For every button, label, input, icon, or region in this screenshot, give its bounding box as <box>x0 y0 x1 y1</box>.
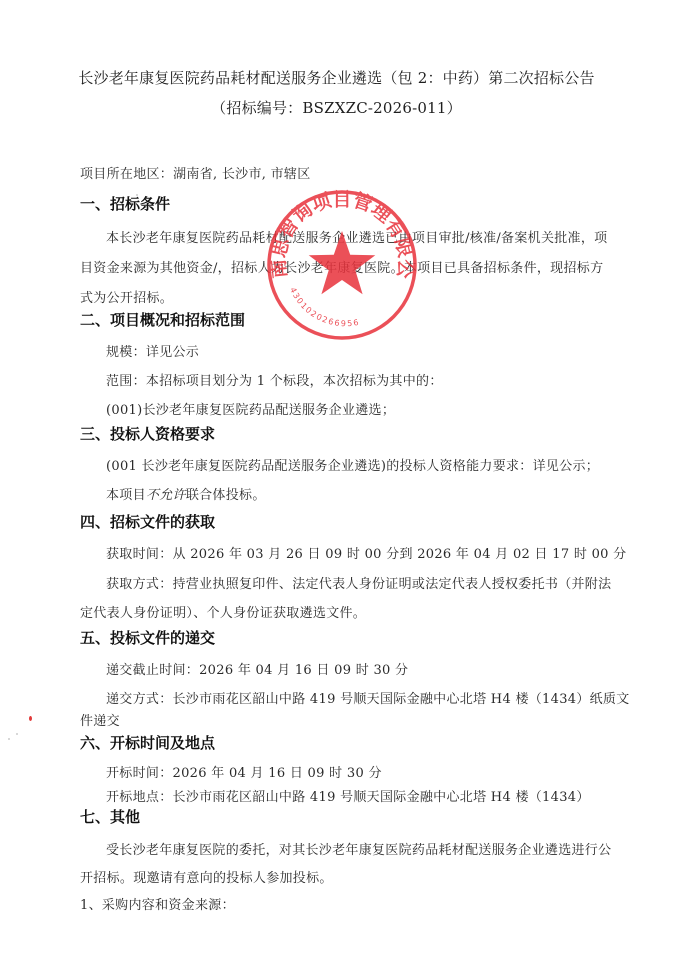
scan-mark <box>16 733 18 735</box>
paragraph-line: 定代表人身份证明）、个人身份证获取遴选文件。 <box>80 602 366 621</box>
paragraph-line: 开标时间：2026 年 04 月 16 日 09 时 30 分 <box>106 762 382 781</box>
tender-number: （招标编号：BSZXZC-2026-011） <box>0 97 673 118</box>
paragraph-line: 开标地点：长沙市雨花区韶山中路 419 号顺天国际金融中心北塔 H4 楼（143… <box>106 786 590 805</box>
scan-mark <box>8 738 10 740</box>
paragraph-line: 件递交 <box>80 710 120 729</box>
text-run: 本项目 <box>106 488 146 503</box>
section-heading-other: 七、其他 <box>80 806 140 827</box>
paragraph-line: 本长沙老年康复医院药品耗材配送服务企业遴选已由项目审批/核准/备案机关批准，项 <box>106 227 607 246</box>
section-heading-obtain-documents: 四、招标文件的获取 <box>80 511 215 532</box>
svg-text:4301020266956: 4301020266956 <box>288 286 361 328</box>
paragraph-line: 获取时间：从 2026 年 03 月 26 日 09 时 00 分到 2026 … <box>106 543 626 562</box>
paragraph-line: 本项目不允许联合体投标。 <box>106 484 266 503</box>
paragraph-line: 目资金来源为其他资金/，招标人为长沙老年康复医院。本项目已具备招标条件，现招标方 <box>80 257 603 276</box>
document-page: 长沙老年康复医院药品耗材配送服务企业遴选（包 2：中药）第二次招标公告 （招标编… <box>0 0 673 972</box>
paragraph-line: 规模：详见公示 <box>106 341 199 360</box>
project-location: 项目所在地区：湖南省, 长沙市, 市辖区 <box>80 163 311 182</box>
paragraph-line: 递交截止时间：2026 年 04 月 16 日 09 时 30 分 <box>106 659 408 678</box>
paragraph-line: 获取方式：持营业执照复印件、法定代表人身份证明或法定代表人授权委托书（并附法 <box>106 573 611 592</box>
paragraph-line: 范围：本招标项目划分为 1 个标段，本次招标为其中的： <box>106 370 443 389</box>
section-heading-tender-conditions: 一、招标条件 <box>80 193 170 214</box>
scan-mark <box>136 194 138 196</box>
section-heading-submission: 五、投标文件的递交 <box>80 627 215 648</box>
section-heading-bid-opening: 六、开标时间及地点 <box>80 732 215 753</box>
document-title: 长沙老年康复医院药品耗材配送服务企业遴选（包 2：中药）第二次招标公告 <box>0 67 673 88</box>
paragraph-line: 递交方式：长沙市雨花区韶山中路 419 号顺天国际金融中心北塔 H4 楼（143… <box>106 688 630 707</box>
paragraph-line: 式为公开招标。 <box>80 287 173 306</box>
paragraph-line: 受长沙老年康复医院的委托，对其长沙老年康复医院药品耗材配送服务企业遴选进行公 <box>106 839 611 858</box>
section-heading-project-overview: 二、项目概况和招标范围 <box>80 309 245 330</box>
paragraph-line: (001)长沙老年康复医院药品配送服务企业遴选； <box>106 399 395 418</box>
text-run-italic: 不允许 <box>146 488 186 503</box>
paragraph-line: (001 长沙老年康复医院药品配送服务企业遴选)的投标人资格能力要求：详见公示； <box>106 455 599 474</box>
section-heading-bidder-qualifications: 三、投标人资格要求 <box>80 423 215 444</box>
paragraph-line: 1、采购内容和资金来源： <box>80 894 235 913</box>
scan-mark <box>29 716 32 721</box>
paragraph-line: 开招标。现邀请有意向的投标人参加投标。 <box>80 867 333 886</box>
text-run: 联合体投标。 <box>186 488 266 503</box>
